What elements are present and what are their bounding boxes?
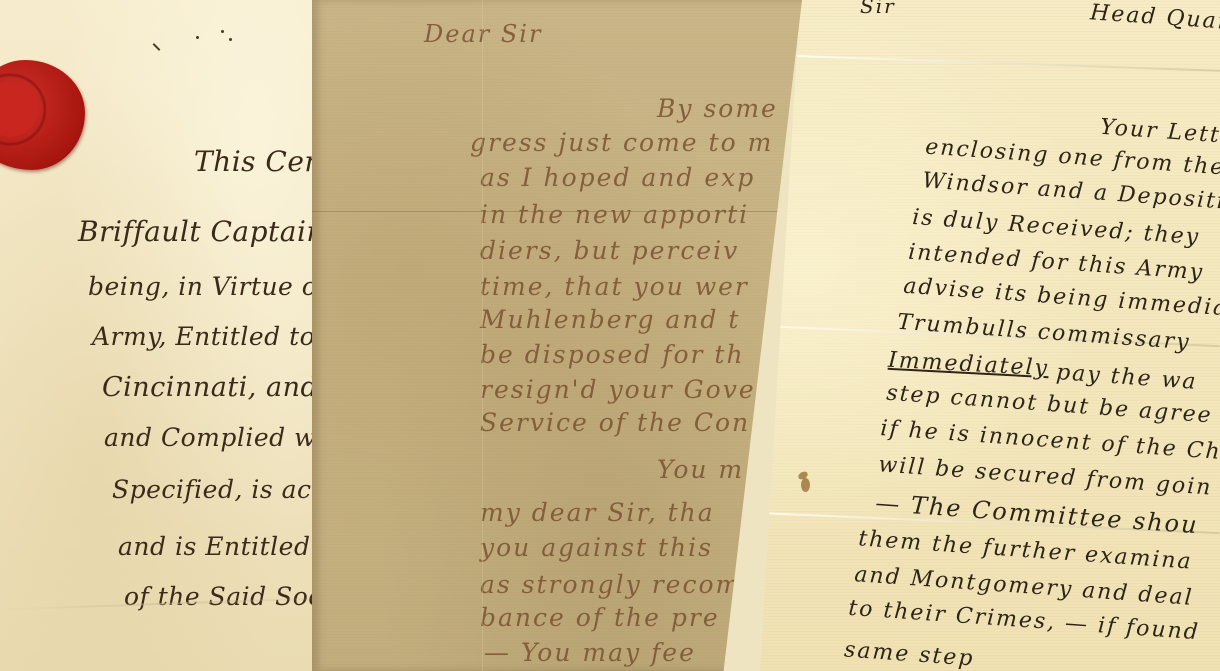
dear-sir-letter-document: Dear Sir By some gress just come to m as… <box>312 0 802 671</box>
letter-line: Your Letter <box>1099 115 1220 150</box>
letter-line: You m <box>657 455 744 484</box>
letter-line: resign'd your Gover <box>480 375 770 404</box>
certificate-line: Cincinnati, and <box>102 372 318 403</box>
letter-line: diers, but perceiv <box>480 236 739 265</box>
letter-line: gress just come to m <box>470 128 773 157</box>
certificate-line: Briffault Captain <box>78 215 320 248</box>
letter-line: Trumbulls commissary <box>896 310 1191 355</box>
letter-line: in the new apporti <box>480 200 749 229</box>
paper-fold <box>796 55 1220 72</box>
ink-dot <box>196 36 199 39</box>
certificate-line: Specified, is accura <box>112 475 320 504</box>
certificate-line: This Certi <box>194 145 320 178</box>
letter-line: pay the wa <box>1055 360 1198 395</box>
letter-line: Muhlenberg and t <box>480 305 740 334</box>
letter-line-underlined: Immediately <box>887 348 1049 381</box>
letter-line: bance of the pre <box>480 603 720 632</box>
letter-line: — You may fee <box>484 638 696 667</box>
certificate-line: and Complied with <box>104 423 320 452</box>
letter-header-right: Head Quarte <box>1089 0 1220 37</box>
ink-dot <box>221 30 224 33</box>
letter-line: my dear Sir, tha <box>480 498 715 527</box>
letter-line: be disposed for th <box>480 340 745 369</box>
ink-dot <box>229 38 232 41</box>
letter-line: as I hoped and exp <box>480 163 755 192</box>
certificate-line: of the Said Socie <box>124 582 320 611</box>
certificate-line: being, in Virtue of <box>88 272 320 301</box>
certificate-line: Army, Entitled to <box>92 322 315 351</box>
letter-line: same step <box>843 637 975 671</box>
letter-line: as strongly recom <box>480 570 741 599</box>
salutation: Dear Sir <box>424 20 542 48</box>
letter-line: time, that you wer <box>480 272 749 301</box>
letter-line: By some <box>657 94 778 123</box>
letter-line: Service of the Con <box>480 408 750 437</box>
ink-stain <box>801 478 810 492</box>
certificate-line: and is Entitled t <box>118 532 320 561</box>
letter-header-left: Sir <box>860 0 896 18</box>
letter-line: you against this <box>480 533 713 562</box>
head-quarters-letter-document: Sir Head Quarte Your Letter enclosing on… <box>760 0 1220 671</box>
